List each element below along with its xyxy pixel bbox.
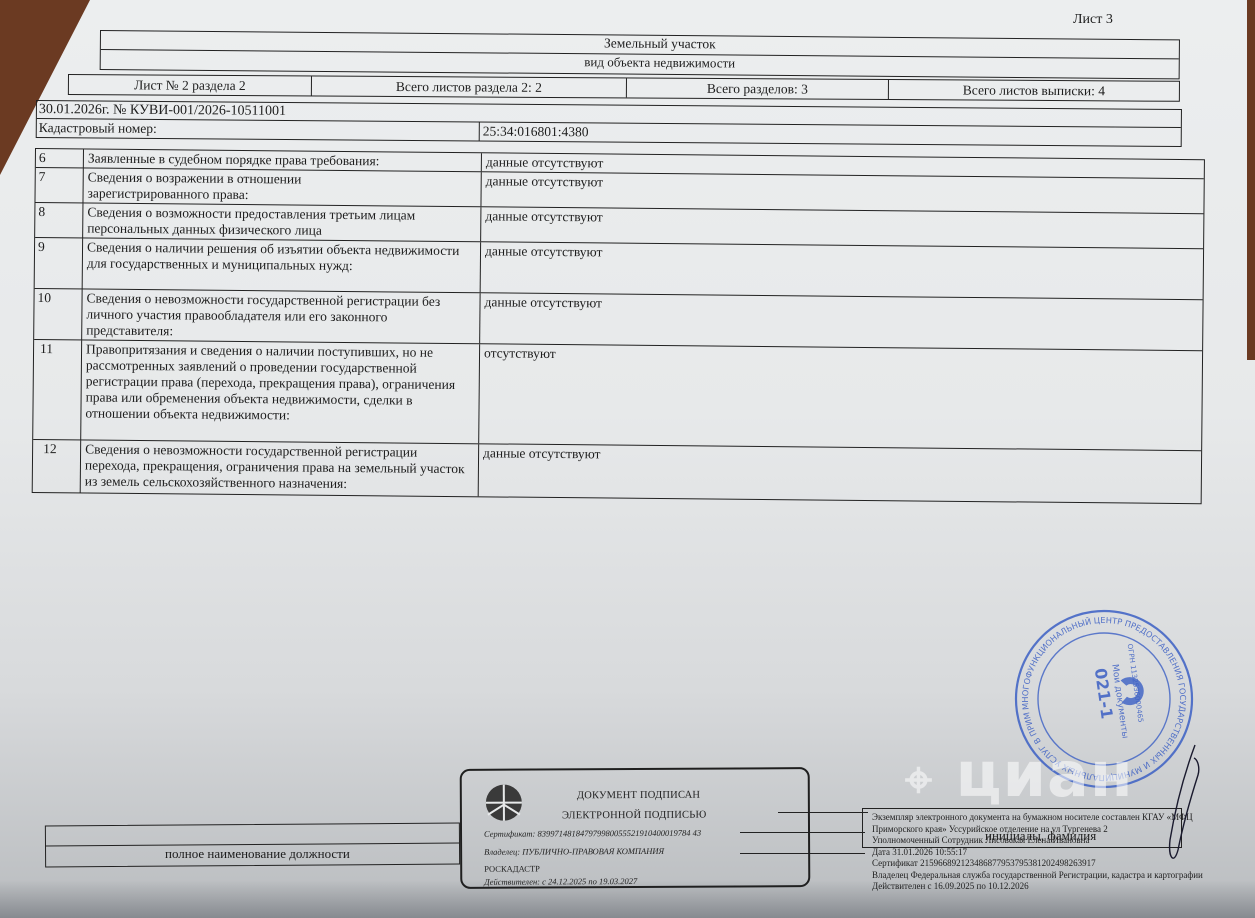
row-label: Заявленные в судебном порядке права треб… xyxy=(84,149,482,171)
encumbrances-table: 6 Заявленные в судебном порядке права тр… xyxy=(32,148,1205,504)
handwritten-signature-icon xyxy=(1160,740,1210,880)
row-value: данные отсутствуют xyxy=(481,242,1203,299)
background-edge xyxy=(1247,0,1255,360)
row-value: данные отсутствуют xyxy=(481,207,1203,248)
row-value: отсутствуют xyxy=(479,344,1202,450)
row-label: Сведения о возможности предоставления тр… xyxy=(83,203,481,241)
row-label: Сведения о наличии решения об изъятии об… xyxy=(83,238,481,292)
electronic-signature-box: ДОКУМЕНТ ПОДПИСАН ЭЛЕКТРОННОЙ ПОДПИСЬЮ С… xyxy=(460,767,811,889)
row-number: 12 xyxy=(33,440,81,492)
extract-sheets-total: Всего листов выписки: 4 xyxy=(889,80,1179,101)
row-label: Сведения о невозможности государственной… xyxy=(81,440,479,496)
signature-subtitle: ЭЛЕКТРОННОЙ ПОДПИСЬЮ xyxy=(562,810,707,822)
row-value: данные отсутствуют xyxy=(481,172,1203,213)
row-label: Сведения о невозможности государственной… xyxy=(82,289,480,343)
cadastral-number: 25:34:016801:4380 xyxy=(480,122,589,141)
signature-title: ДОКУМЕНТ ПОДПИСАН xyxy=(577,790,700,802)
section-sheets-total: Всего листов раздела 2: 2 xyxy=(312,76,627,97)
sheet-label: Лист 3 xyxy=(1073,12,1113,28)
row-label: Сведения о возражении в отношении зареги… xyxy=(83,168,481,206)
sections-total: Всего разделов: 3 xyxy=(627,78,889,99)
row-label: Правопритязания и сведения о наличии пос… xyxy=(81,340,480,443)
row-number: 11 xyxy=(33,340,82,439)
row-number: 7 xyxy=(35,168,83,202)
watermark-text: циан xyxy=(956,738,1134,811)
table-row: 11 Правопритязания и сведения о наличии … xyxy=(33,340,1202,451)
initials-caption: инициалы, фамилия xyxy=(985,828,1096,844)
signature-owner-org: РОСКАДАСТР xyxy=(484,863,540,873)
row-value: данные отсутствуют xyxy=(479,444,1201,503)
location-pin-icon: ⌖ xyxy=(905,752,933,808)
cian-watermark: ⌖ циан xyxy=(905,738,1134,811)
row-value: данные отсутствуют xyxy=(480,293,1202,350)
table-row: 12 Сведения о невозможности государствен… xyxy=(33,440,1201,503)
signature-certificate: Сертификат: 8399714818479799800555219104… xyxy=(484,828,701,839)
row-number: 6 xyxy=(36,149,84,167)
cadastral-label: Кадастровый номер: xyxy=(37,119,480,140)
row-number: 10 xyxy=(34,289,82,339)
rosreestr-logo-icon xyxy=(484,783,524,823)
row-number: 9 xyxy=(35,238,83,288)
signature-owner: Владелец: ПУБЛИЧНО-ПРАВОВАЯ КОМПАНИЯ xyxy=(484,846,664,857)
row-number: 8 xyxy=(35,203,83,237)
photo-shadow xyxy=(0,880,1255,918)
sheet-number: Лист № 2 раздела 2 xyxy=(69,75,312,95)
position-caption: полное наименование должности xyxy=(165,846,350,862)
